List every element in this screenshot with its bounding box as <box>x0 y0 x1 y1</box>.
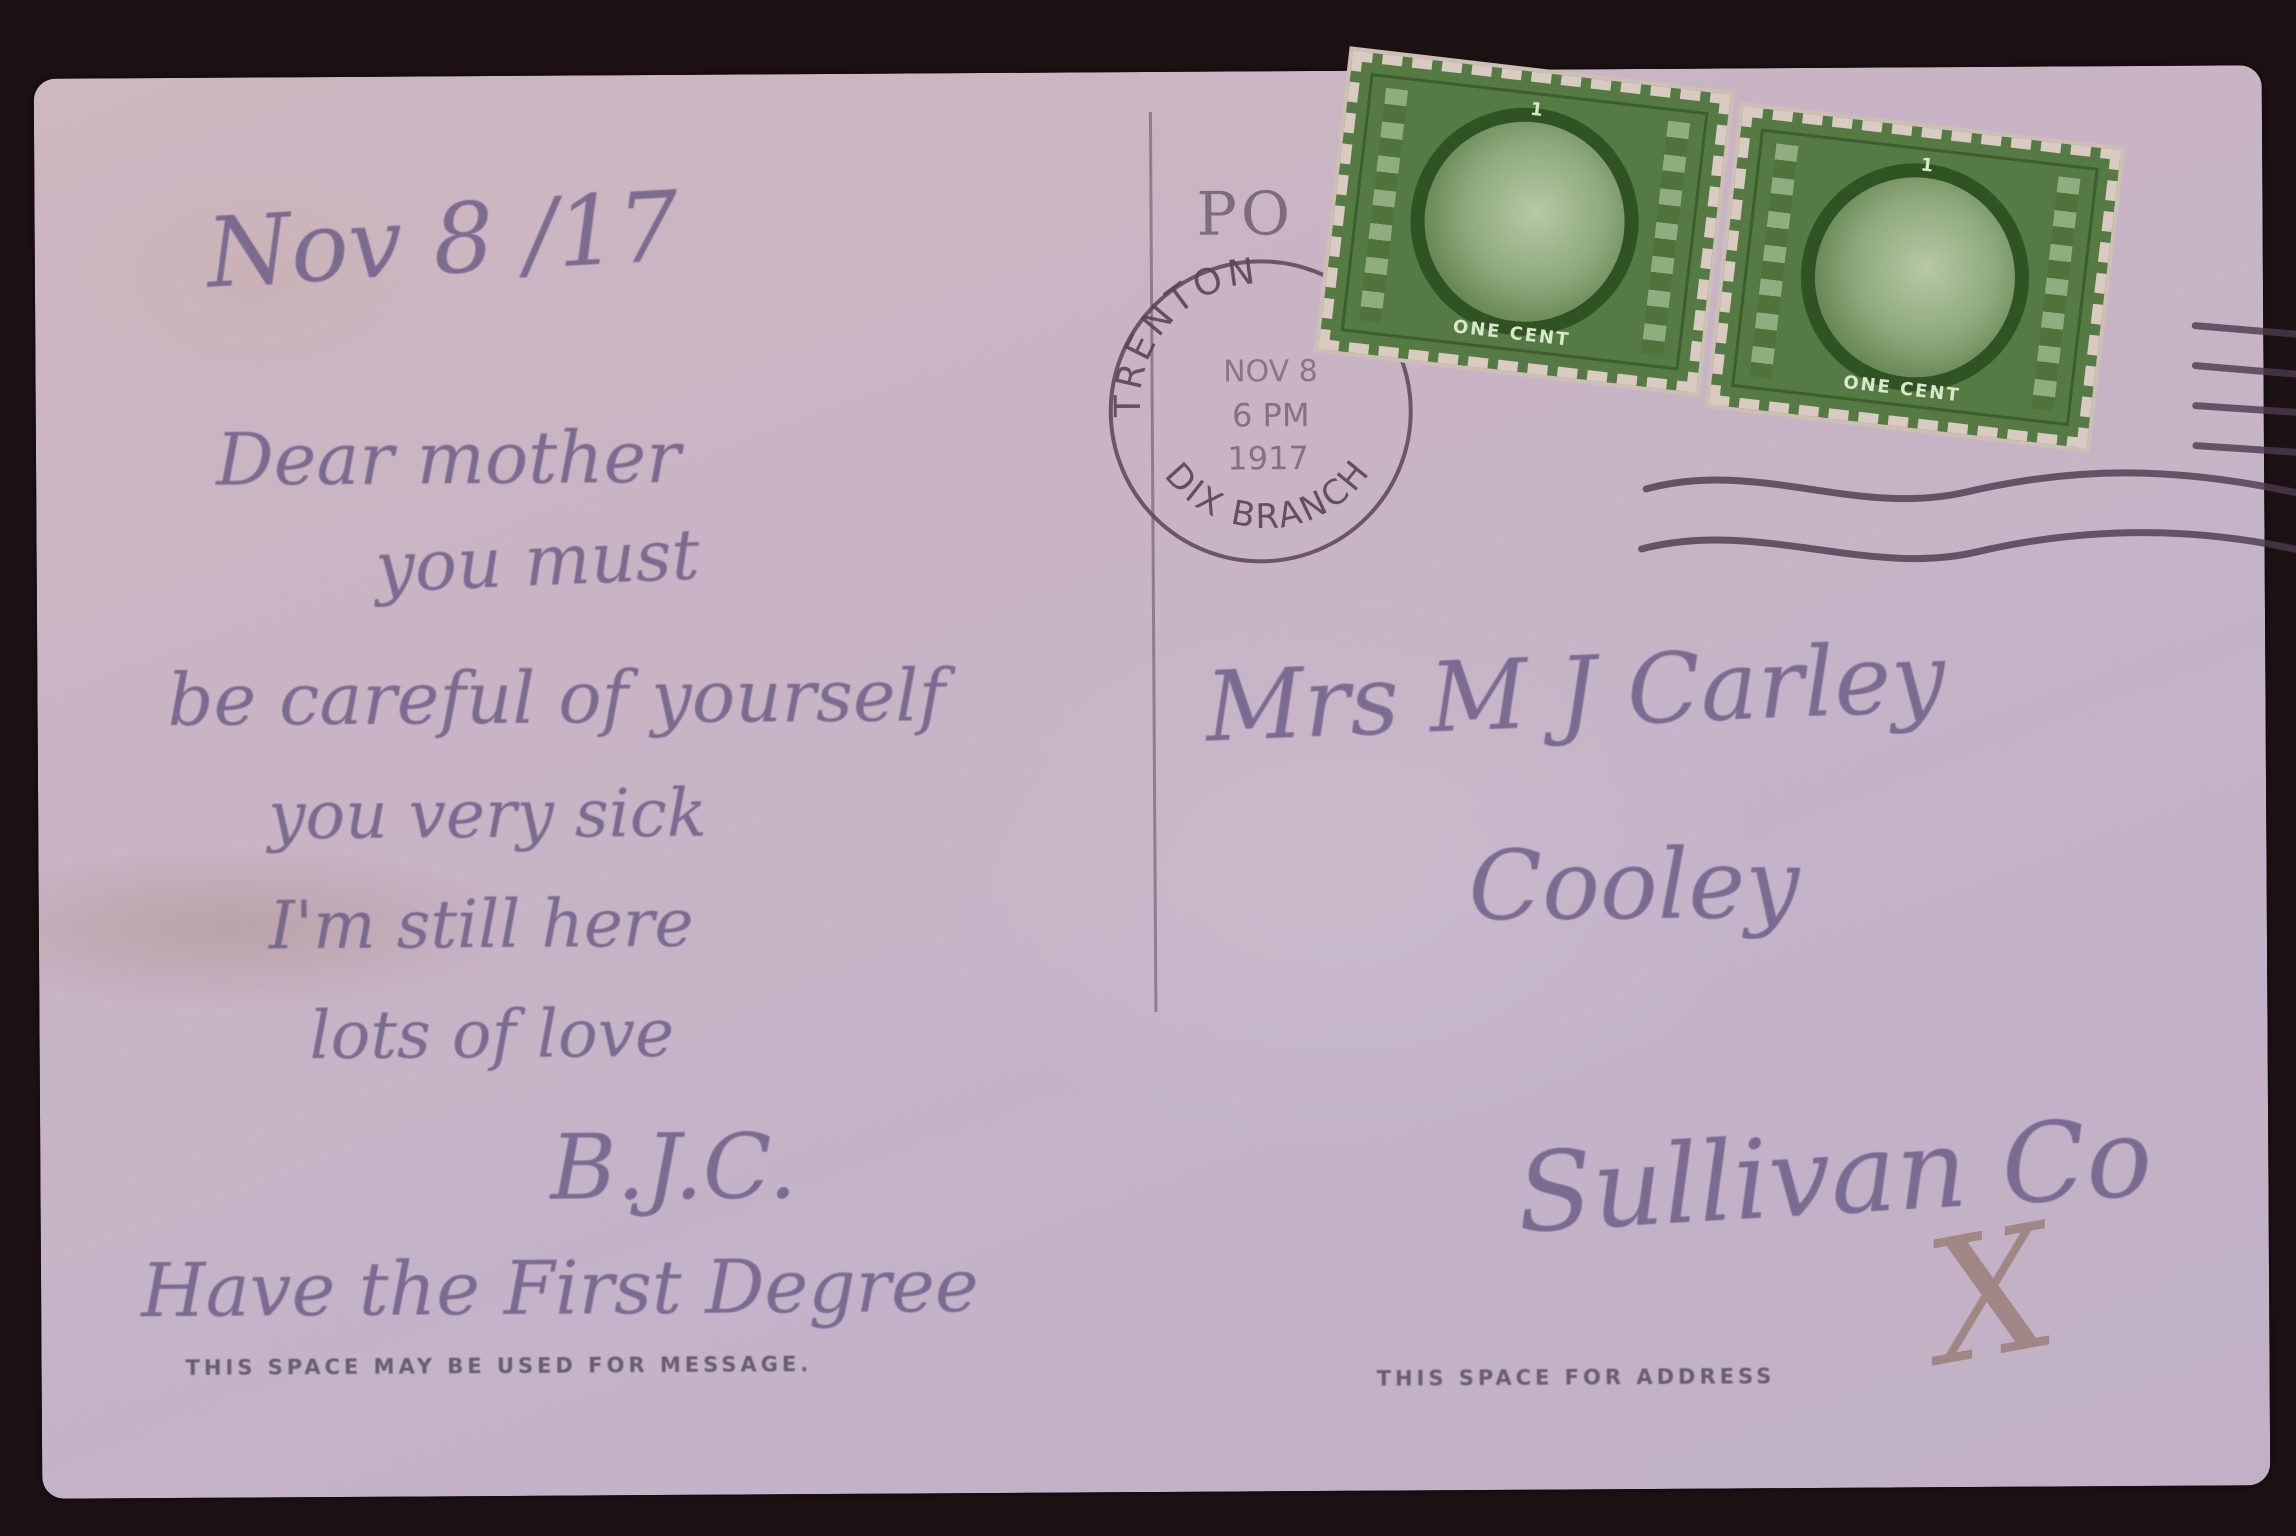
printed-header-partial: PO <box>1196 179 1294 250</box>
postmark-time: 6 PM <box>1232 396 1310 434</box>
message-line: be careful of yourself <box>167 653 945 742</box>
message-space-caption: THIS SPACE MAY BE USED FOR MESSAGE. <box>185 1352 812 1380</box>
message-date: Nov 8 /17 <box>204 170 682 309</box>
stamp-denomination: 1 <box>1529 99 1546 122</box>
postmark-date: NOV 8 <box>1223 354 1318 390</box>
portrait-icon <box>1398 95 1651 348</box>
message-line: you must <box>374 513 702 608</box>
postmark-city: TRENTON <box>1107 250 1262 418</box>
address-recipient: Mrs M J Carley <box>1203 621 1947 763</box>
address-county: Sullivan Co <box>1513 1093 2155 1258</box>
message-line: you very sick <box>268 775 707 855</box>
cancellation-lines <box>1635 285 2296 619</box>
message-line: I'm still here <box>269 885 694 965</box>
message-signature: B.J.C. <box>550 1114 797 1221</box>
message-line: lots of love <box>309 995 674 1074</box>
address-town: Cooley <box>1468 828 1799 942</box>
postcard: PO TRENTON DIX BRANCH NOV 8 6 PM 1917 1 <box>34 65 2271 1499</box>
svg-text:TRENTON: TRENTON <box>1107 250 1262 418</box>
message-postscript: Have the First Degree <box>141 1243 979 1334</box>
stamp-denomination: 1 <box>1920 154 1937 177</box>
message-line: Dear mother <box>216 415 681 502</box>
address-space-caption: THIS SPACE FOR ADDRESS <box>1377 1364 1776 1390</box>
postmark-year: 1917 <box>1227 439 1309 477</box>
